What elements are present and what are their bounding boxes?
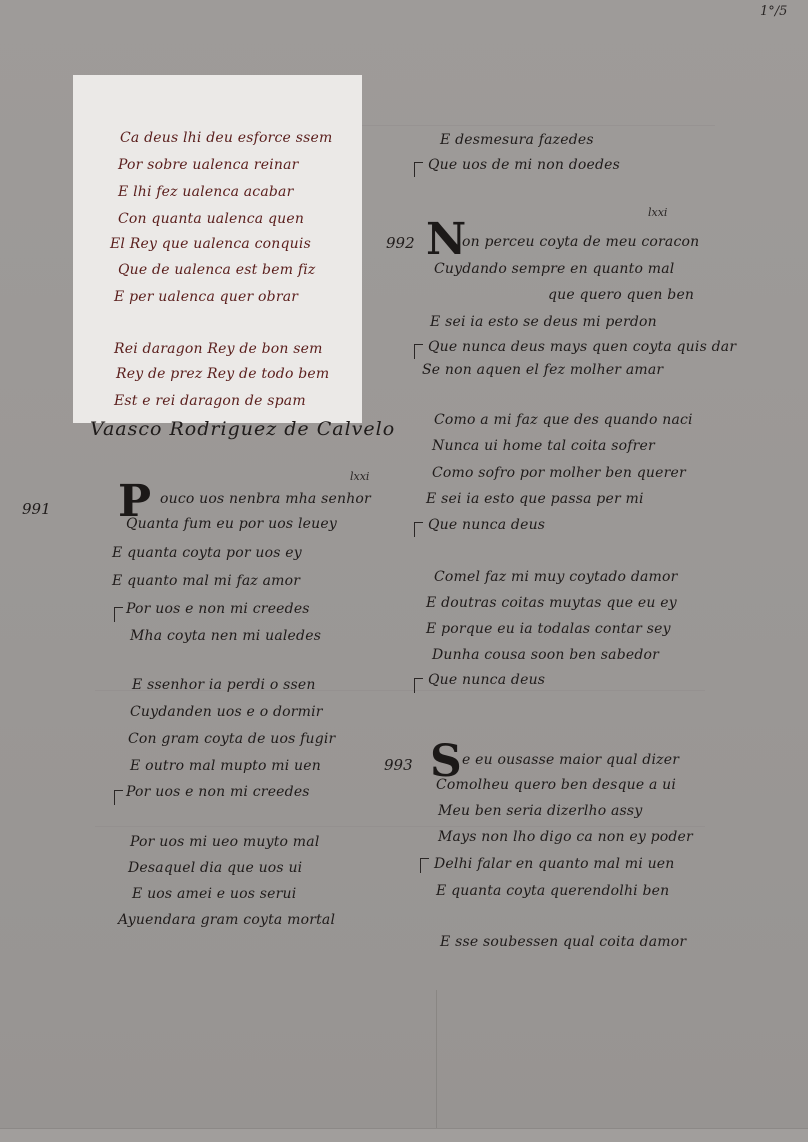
manuscript-page: 1°/5 Ca deus lhi deu esforce ssem Por so… xyxy=(0,0,808,1142)
verse-line: Mha coyta nen mi ualedes xyxy=(130,628,321,644)
verse-line: Meu ben seria dizerlho assy xyxy=(438,803,642,819)
verse-line: Que nunca deus mays quen coyta quis dar xyxy=(428,339,736,355)
verse-line: Rei daragon Rey de bon sem xyxy=(114,341,323,357)
verse-line: E doutras coitas muytas que eu ey xyxy=(426,595,677,611)
folio-number: 1°/5 xyxy=(760,4,787,19)
verse-line: Que nunca deus xyxy=(428,672,545,688)
verse-line: Por sobre ualenca reinar xyxy=(118,157,299,173)
verse-line: Que de ualenca est bem fiz xyxy=(118,262,315,278)
verse-line: ouco uos nenbra mha senhor xyxy=(160,491,371,507)
verse-line: Por uos e non mi creedes xyxy=(126,784,310,800)
verse-line: Por uos e non mi creedes xyxy=(126,601,310,617)
verse-line: Cuydanden uos e o dormir xyxy=(130,704,323,720)
verse-line: E ssenhor ia perdi o ssen xyxy=(132,677,316,693)
ruling-line xyxy=(95,826,705,827)
verse-line: Dunha cousa soon ben sabedor xyxy=(432,647,659,663)
verse-line: Nunca ui home tal coita sofrer xyxy=(432,438,655,454)
verse-line: Desaquel dia que uos ui xyxy=(128,860,302,876)
verse-line: Con gram coyta de uos fugir xyxy=(128,731,335,747)
verse-line: que quero quen ben xyxy=(548,287,694,303)
verse-line: Que uos de mi non doedes xyxy=(428,157,620,173)
verse-line: E per ualenca quer obrar xyxy=(114,289,298,305)
verse-line: E outro mal mupto mi uen xyxy=(130,758,321,774)
verse-line: El Rey que ualenca conquis xyxy=(110,236,311,252)
verse-line: E sei ia esto que passa per mi xyxy=(426,491,644,507)
verse-line: Mays non lho digo ca non ey poder xyxy=(438,829,693,845)
page-fold xyxy=(436,990,437,1130)
verse-line: E uos amei e uos serui xyxy=(132,886,296,902)
refrain-mark xyxy=(414,344,423,359)
verse-line: E quanto mal mi faz amor xyxy=(112,573,300,589)
refrain-mark xyxy=(114,790,123,805)
verse-line: E quanta coyta por uos ey xyxy=(112,545,302,561)
verse-line: Cuydando sempre en quanto mal xyxy=(434,261,674,277)
poet-rubric: Vaasco Rodriguez de Calvelo xyxy=(90,418,395,440)
verse-line: Por uos mi ueo muyto mal xyxy=(130,834,320,850)
verse-line: Ayuendara gram coyta mortal xyxy=(118,912,335,928)
marginal-mark: lxxi xyxy=(648,206,667,219)
refrain-mark xyxy=(420,858,429,873)
verse-line: Rey de prez Rey de todo bem xyxy=(116,366,329,382)
verse-line: on perceu coyta de meu coracon xyxy=(462,234,699,250)
verse-line: E sei ia esto se deus mi perdon xyxy=(430,314,657,330)
poem-number-993: 993 xyxy=(384,756,413,774)
verse-line: Como sofro por molher ben querer xyxy=(432,465,686,481)
refrain-mark xyxy=(114,607,123,622)
verse-line: E quanta coyta querendolhi ben xyxy=(436,883,669,899)
marginal-mark: lxxi xyxy=(350,470,369,483)
verse-line: Con quanta ualenca quen xyxy=(118,211,304,227)
poem-number-992: 992 xyxy=(386,234,415,252)
refrain-mark xyxy=(414,162,423,177)
verse-line: E sse soubessen qual coita damor xyxy=(440,934,686,950)
verse-line: Que nunca deus xyxy=(428,517,545,533)
poem-number-991: 991 xyxy=(22,500,51,518)
verse-line: Quanta fum eu por uos leuey xyxy=(126,516,337,532)
verse-line: e eu ousasse maior qual dizer xyxy=(462,752,679,768)
verse-line: Delhi falar en quanto mal mi uen xyxy=(434,856,675,872)
initial-letter: N xyxy=(426,218,466,262)
verse-line: E desmesura fazedes xyxy=(440,132,594,148)
verse-line: Est e rei daragon de spam xyxy=(114,393,306,409)
refrain-mark xyxy=(414,522,423,537)
verse-line: Como a mi faz que des quando naci xyxy=(434,412,693,428)
verse-line: Comel faz mi muy coytado damor xyxy=(434,569,678,585)
verse-line: E porque eu ia todalas contar sey xyxy=(426,621,671,637)
verse-line: E lhi fez ualenca acabar xyxy=(118,184,294,200)
verse-line: Se non aquen el fez molher amar xyxy=(422,362,663,378)
verse-line: Ca deus lhi deu esforce ssem xyxy=(120,130,332,146)
refrain-mark xyxy=(414,678,423,693)
verse-line: Comolheu quero ben desque a ui xyxy=(436,777,676,793)
page-edge xyxy=(0,1128,808,1142)
